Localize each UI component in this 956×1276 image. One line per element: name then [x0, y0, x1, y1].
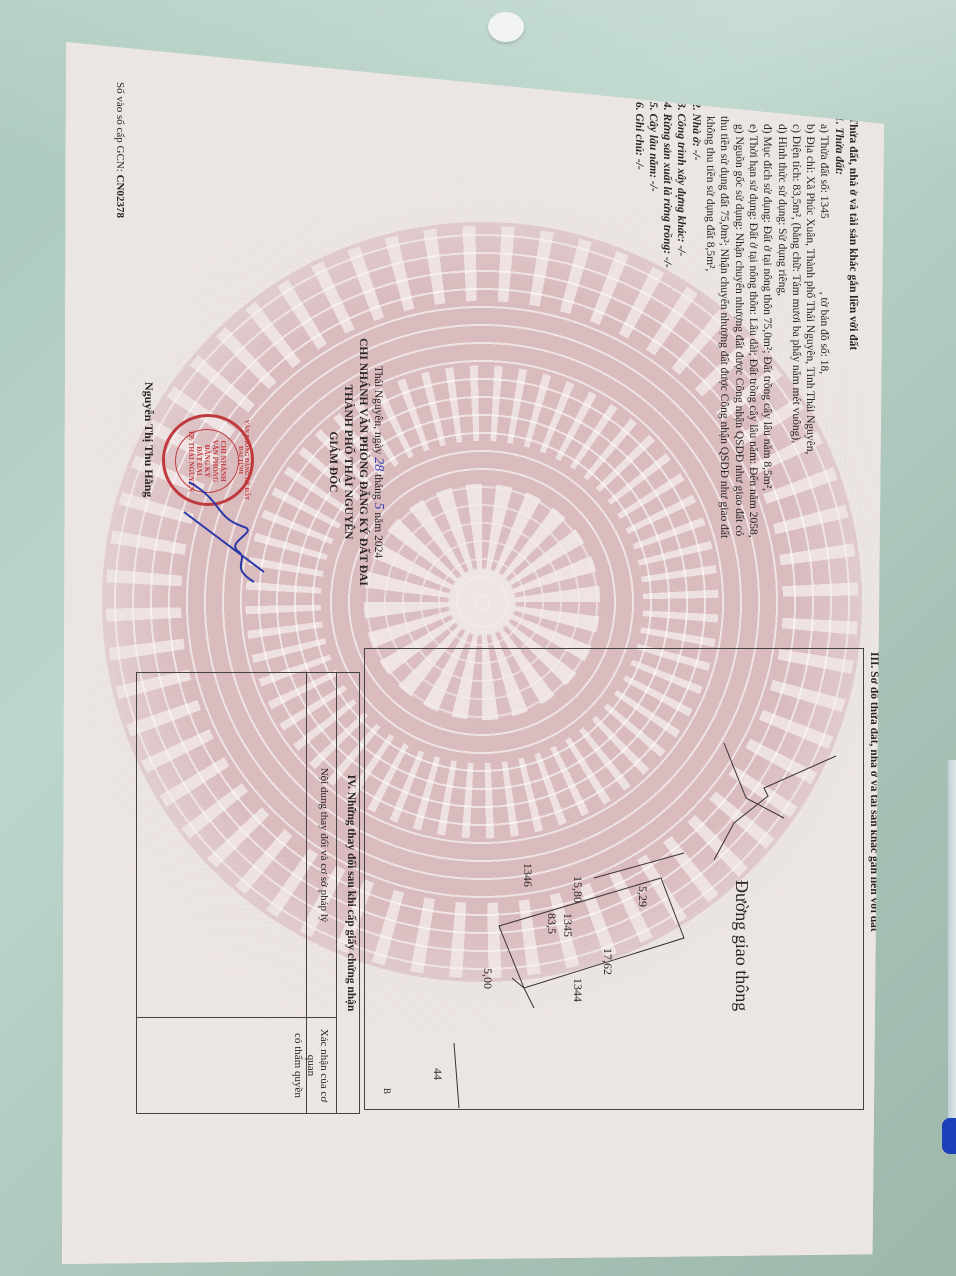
- svg-text:1345: 1345: [561, 913, 575, 937]
- land-certificate-page: II. Thửa đất, nhà ở và tài sản khác gắn …: [62, 42, 884, 1264]
- svg-text:1346: 1346: [521, 863, 535, 887]
- svg-text:44: 44: [431, 1068, 445, 1080]
- authority-confirmation-header: Xác nhận của cơ quan có thẩm quyền: [306, 1018, 336, 1113]
- svg-text:Đường giao thông: Đường giao thông: [732, 880, 752, 1011]
- certificate-content: II. Thửa đất, nhà ở và tài sản khác gắn …: [62, 42, 884, 1264]
- signature-block: Thái Nguyên, ngày 28 tháng 5 năm 2024 CH…: [325, 292, 386, 632]
- signer-role: GIÁM ĐỐC: [325, 292, 340, 632]
- issuing-org-line-2: THÀNH PHỐ THÁI NGUYÊN: [340, 292, 355, 632]
- svg-text:5,00: 5,00: [481, 968, 495, 989]
- pen-cap: [942, 1118, 956, 1154]
- handwritten-signature: [164, 472, 284, 592]
- signer-name: Nguyễn Thị Thu Hằng: [141, 382, 156, 497]
- svg-text:15,80: 15,80: [571, 876, 585, 903]
- svg-text:B: B: [382, 1088, 392, 1094]
- changes-content-column: Nội dung thay đổi và cơ sở pháp lý: [137, 673, 337, 1018]
- svg-text:1344: 1344: [571, 978, 585, 1002]
- svg-text:83,5: 83,5: [545, 913, 559, 934]
- pen-body: [948, 760, 956, 1120]
- section-4-changes-table: IV. Những thay đổi sau khi cấp giấy chứn…: [136, 672, 360, 1114]
- registry-number: Số vào sổ cấp GCN: CN02378: [114, 82, 126, 218]
- parcel-diagram: Đường giao thông 5,29 17,62 5,00 15,80 1…: [366, 648, 864, 1108]
- issue-month: 5: [371, 503, 386, 510]
- issuing-org-line-1: CHI NHÁNH VĂN PHÒNG ĐĂNG KÝ ĐẤT ĐAI: [355, 292, 370, 632]
- sleeve-snap-button: [488, 12, 524, 42]
- svg-text:5,29: 5,29: [636, 886, 650, 907]
- section-4-title: IV. Những thay đổi sau khi cấp giấy chứn…: [345, 673, 357, 1113]
- authority-confirmation-column: Xác nhận của cơ quan có thẩm quyền: [137, 1018, 337, 1113]
- svg-text:17,62: 17,62: [601, 948, 615, 975]
- issue-date: Thái Nguyên, ngày 28 tháng 5 năm 2024: [370, 292, 386, 632]
- section-3-title: III. Sơ đồ thửa đất, nhà ở và tài sản kh…: [868, 652, 880, 932]
- issue-day: 28: [371, 457, 386, 471]
- changes-content-header: Nội dung thay đổi và cơ sở pháp lý: [306, 673, 336, 1017]
